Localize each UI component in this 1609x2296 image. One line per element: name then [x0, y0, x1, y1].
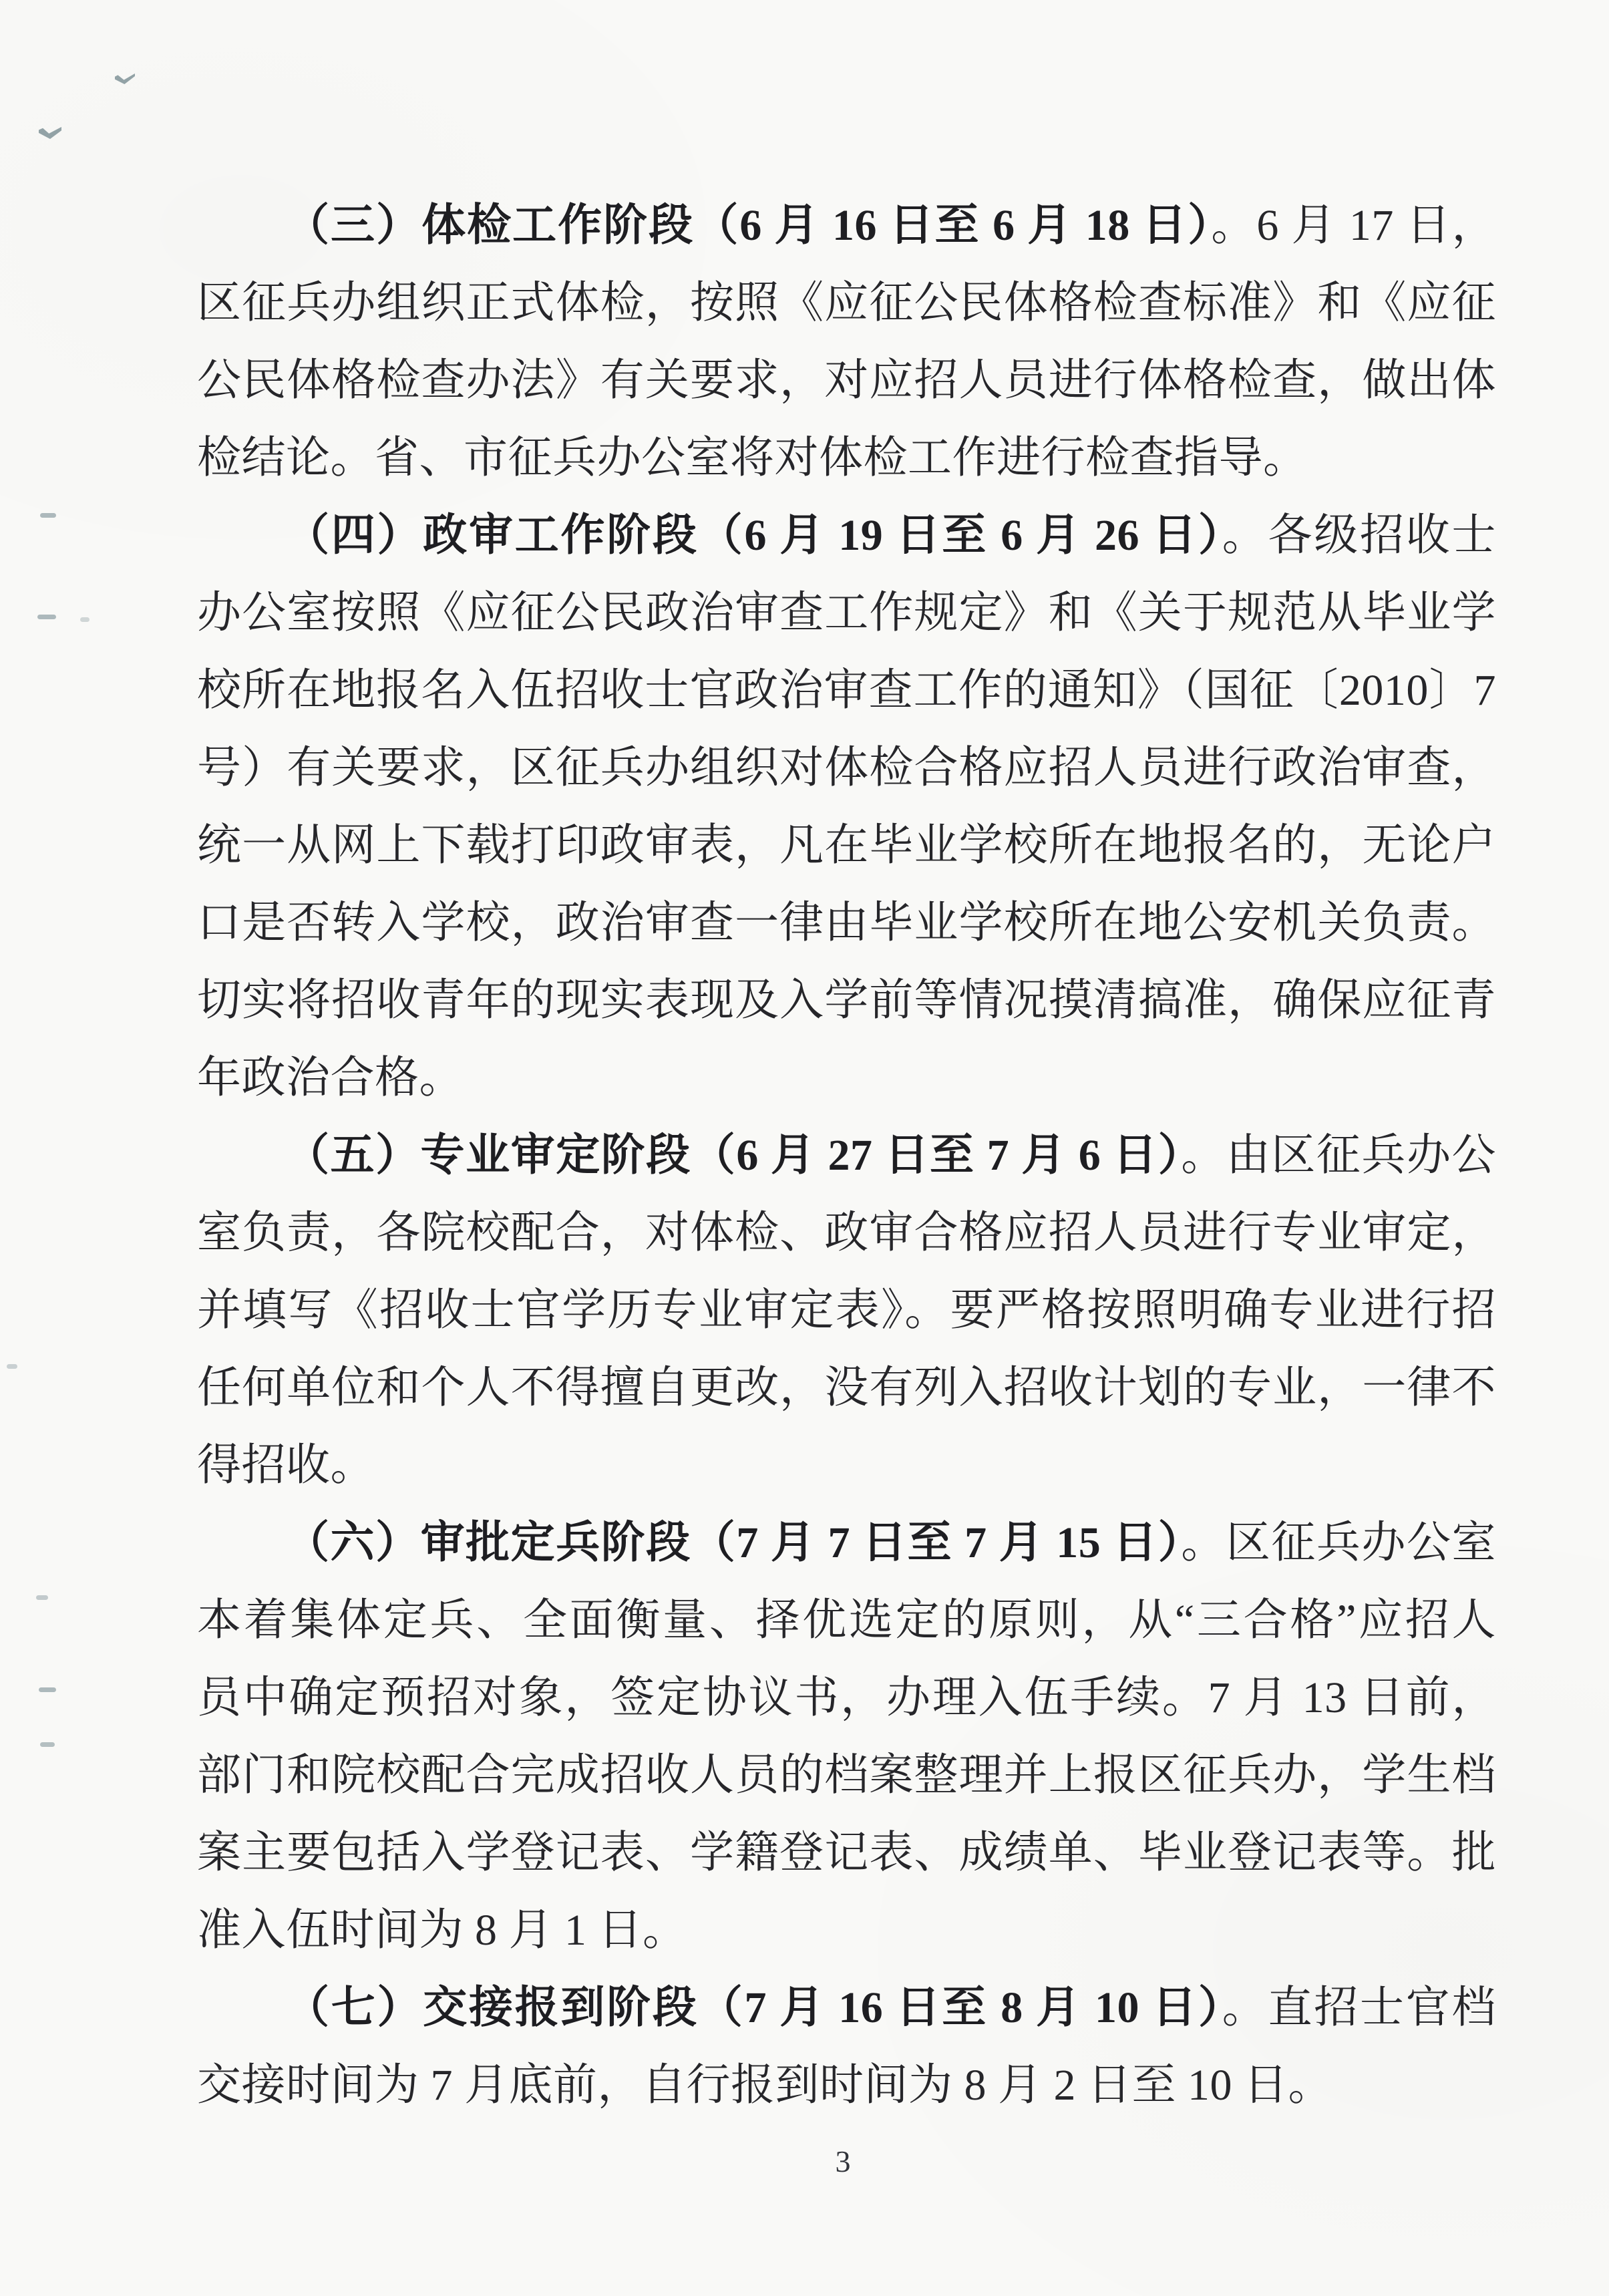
text-line: 口是否转入学校，政治审查一律由毕业学校所在地公安机关负责。 — [197, 884, 1496, 962]
body-text: 交接时间为 7 月底前，自行报到时间为 8 月 2 日至 10 日。 — [197, 2061, 1332, 2110]
scan-speck — [39, 1687, 56, 1692]
scan-speck — [37, 615, 56, 619]
body-text: 切实将招收青年的现实表现及入学前等情况摸清搞准，确保应征青 — [197, 976, 1496, 1025]
text-line: 公民体格检查办法》有关要求，对应招人员进行体格检查，做出体 — [197, 342, 1496, 420]
scan-speck — [40, 513, 56, 518]
text-line: 本着集体定兵、全面衡量、择优选定的原则，从“三合格”应招人 — [197, 1582, 1496, 1659]
scan-speck — [40, 1742, 55, 1747]
phase-heading-text: （五）专业审定阶段（6 月 27 日至 7 月 6 日） — [285, 1131, 1181, 1180]
scan-speck — [36, 1595, 48, 1600]
text-line: 并填写《招收士官学历专业审定表》。要严格按照明确专业进行招收， — [197, 1272, 1496, 1349]
text-line: 部门和院校配合完成招收人员的档案整理并上报区征兵办，学生档 — [197, 1737, 1496, 1814]
scan-speck — [7, 1364, 17, 1369]
text-line: 统一从网上下载打印政审表，凡在毕业学校所在地报名的，无论户 — [197, 807, 1496, 884]
phase-heading-text: （七）交接报到阶段（7 月 16 日至 8 月 10 日） — [285, 1983, 1222, 2032]
scan-smudge — [39, 127, 61, 139]
body-text: 员中确定预招对象，签定协议书，办理入伍手续。7 月 13 日前，各 — [197, 1673, 1496, 1737]
phase-heading-text: （三）体检工作阶段（6 月 16 日至 6 月 18 日） — [285, 201, 1211, 250]
body-text: 校所在地报名入伍招收士官政治审查工作的通知》（国征〔2010〕7 — [197, 666, 1496, 715]
text-line: 检结论。省、市征兵办公室将对体检工作进行检查指导。 — [197, 420, 1496, 497]
text-line: 年政治合格。 — [197, 1039, 1496, 1117]
body-text: 统一从网上下载打印政审表，凡在毕业学校所在地报名的，无论户 — [197, 821, 1496, 870]
body-text: 检结论。省、市征兵办公室将对体检工作进行检查指导。 — [197, 434, 1308, 482]
scan-smudge — [115, 73, 135, 84]
text-line: 校所在地报名入伍招收士官政治审查工作的通知》（国征〔2010〕7 — [197, 652, 1496, 729]
text-line: 准入伍时间为 8 月 1 日。 — [197, 1892, 1496, 1969]
body-text: 公民体格检查办法》有关要求，对应招人员进行体格检查，做出体 — [197, 356, 1496, 405]
body-text: 年政治合格。 — [197, 1053, 464, 1102]
text-line: 任何单位和个人不得擅自更改，没有列入招收计划的专业，一律不 — [197, 1349, 1496, 1427]
body-text: 室负责，各院校配合，对体检、政审合格应招人员进行专业审定， — [197, 1208, 1496, 1257]
body-text: 准入伍时间为 8 月 1 日。 — [197, 1906, 687, 1955]
document-text-block: （三）体检工作阶段（6 月 16 日至 6 月 18 日）。6 月 17 日，由… — [197, 187, 1496, 2124]
scan-speck — [80, 617, 90, 622]
page-number: 3 — [823, 2142, 863, 2182]
body-text: 本着集体定兵、全面衡量、择优选定的原则，从“三合格”应招人 — [197, 1596, 1496, 1645]
text-line: （三）体检工作阶段（6 月 16 日至 6 月 18 日）。6 月 17 日，由 — [197, 187, 1496, 265]
body-text: 并填写《招收士官学历专业审定表》。要严格按照明确专业进行招收， — [197, 1286, 1496, 1349]
text-line: （五）专业审定阶段（6 月 27 日至 7 月 6 日）。由区征兵办公 — [197, 1117, 1496, 1194]
body-text: 区征兵办组织正式体检，按照《应征公民体格检查标准》和《应征 — [197, 279, 1496, 327]
text-line: （四）政审工作阶段（6 月 19 日至 6 月 26 日）。各级招收士官 — [197, 497, 1496, 575]
text-line: 得招收。 — [197, 1427, 1496, 1504]
phase-heading-text: （四）政审工作阶段（6 月 19 日至 6 月 26 日） — [285, 511, 1222, 560]
body-text: 号）有关要求，区征兵办组织对体检合格应招人员进行政治审查， — [197, 744, 1496, 792]
text-line: 区征兵办组织正式体检，按照《应征公民体格检查标准》和《应征 — [197, 265, 1496, 342]
text-line: 案主要包括入学登记表、学籍登记表、成绩单、毕业登记表等。批 — [197, 1814, 1496, 1892]
text-line: 办公室按照《应征公民政治审查工作规定》和《关于规范从毕业学 — [197, 575, 1496, 652]
text-line: 号）有关要求，区征兵办组织对体检合格应招人员进行政治审查， — [197, 729, 1496, 807]
body-text: 得招收。 — [197, 1441, 375, 1490]
body-text: 办公室按照《应征公民政治审查工作规定》和《关于规范从毕业学 — [197, 589, 1496, 637]
scanned-document-page: （三）体检工作阶段（6 月 16 日至 6 月 18 日）。6 月 17 日，由… — [0, 0, 1609, 2296]
text-line: 切实将招收青年的现实表现及入学前等情况摸清搞准，确保应征青 — [197, 962, 1496, 1039]
phase-heading-text: （六）审批定兵阶段（7 月 7 日至 7 月 15 日） — [285, 1518, 1181, 1567]
body-text: 部门和院校配合完成招收人员的档案整理并上报区征兵办，学生档 — [197, 1751, 1496, 1800]
body-text: 口是否转入学校，政治审查一律由毕业学校所在地公安机关负责。 — [197, 898, 1496, 947]
text-line: 室负责，各院校配合，对体检、政审合格应招人员进行专业审定， — [197, 1194, 1496, 1272]
text-line: （七）交接报到阶段（7 月 16 日至 8 月 10 日）。直招士官档案 — [197, 1969, 1496, 2047]
text-line: 员中确定预招对象，签定协议书，办理入伍手续。7 月 13 日前，各 — [197, 1659, 1496, 1737]
body-text: 。由区征兵办公 — [1181, 1131, 1496, 1180]
text-line: 交接时间为 7 月底前，自行报到时间为 8 月 2 日至 10 日。 — [197, 2047, 1496, 2124]
body-text: 任何单位和个人不得擅自更改，没有列入招收计划的专业，一律不 — [197, 1363, 1496, 1412]
body-text: 。区征兵办公室 — [1181, 1518, 1496, 1567]
text-line: （六）审批定兵阶段（7 月 7 日至 7 月 15 日）。区征兵办公室 — [197, 1504, 1496, 1582]
body-text: 案主要包括入学登记表、学籍登记表、成绩单、毕业登记表等。批 — [197, 1828, 1496, 1877]
